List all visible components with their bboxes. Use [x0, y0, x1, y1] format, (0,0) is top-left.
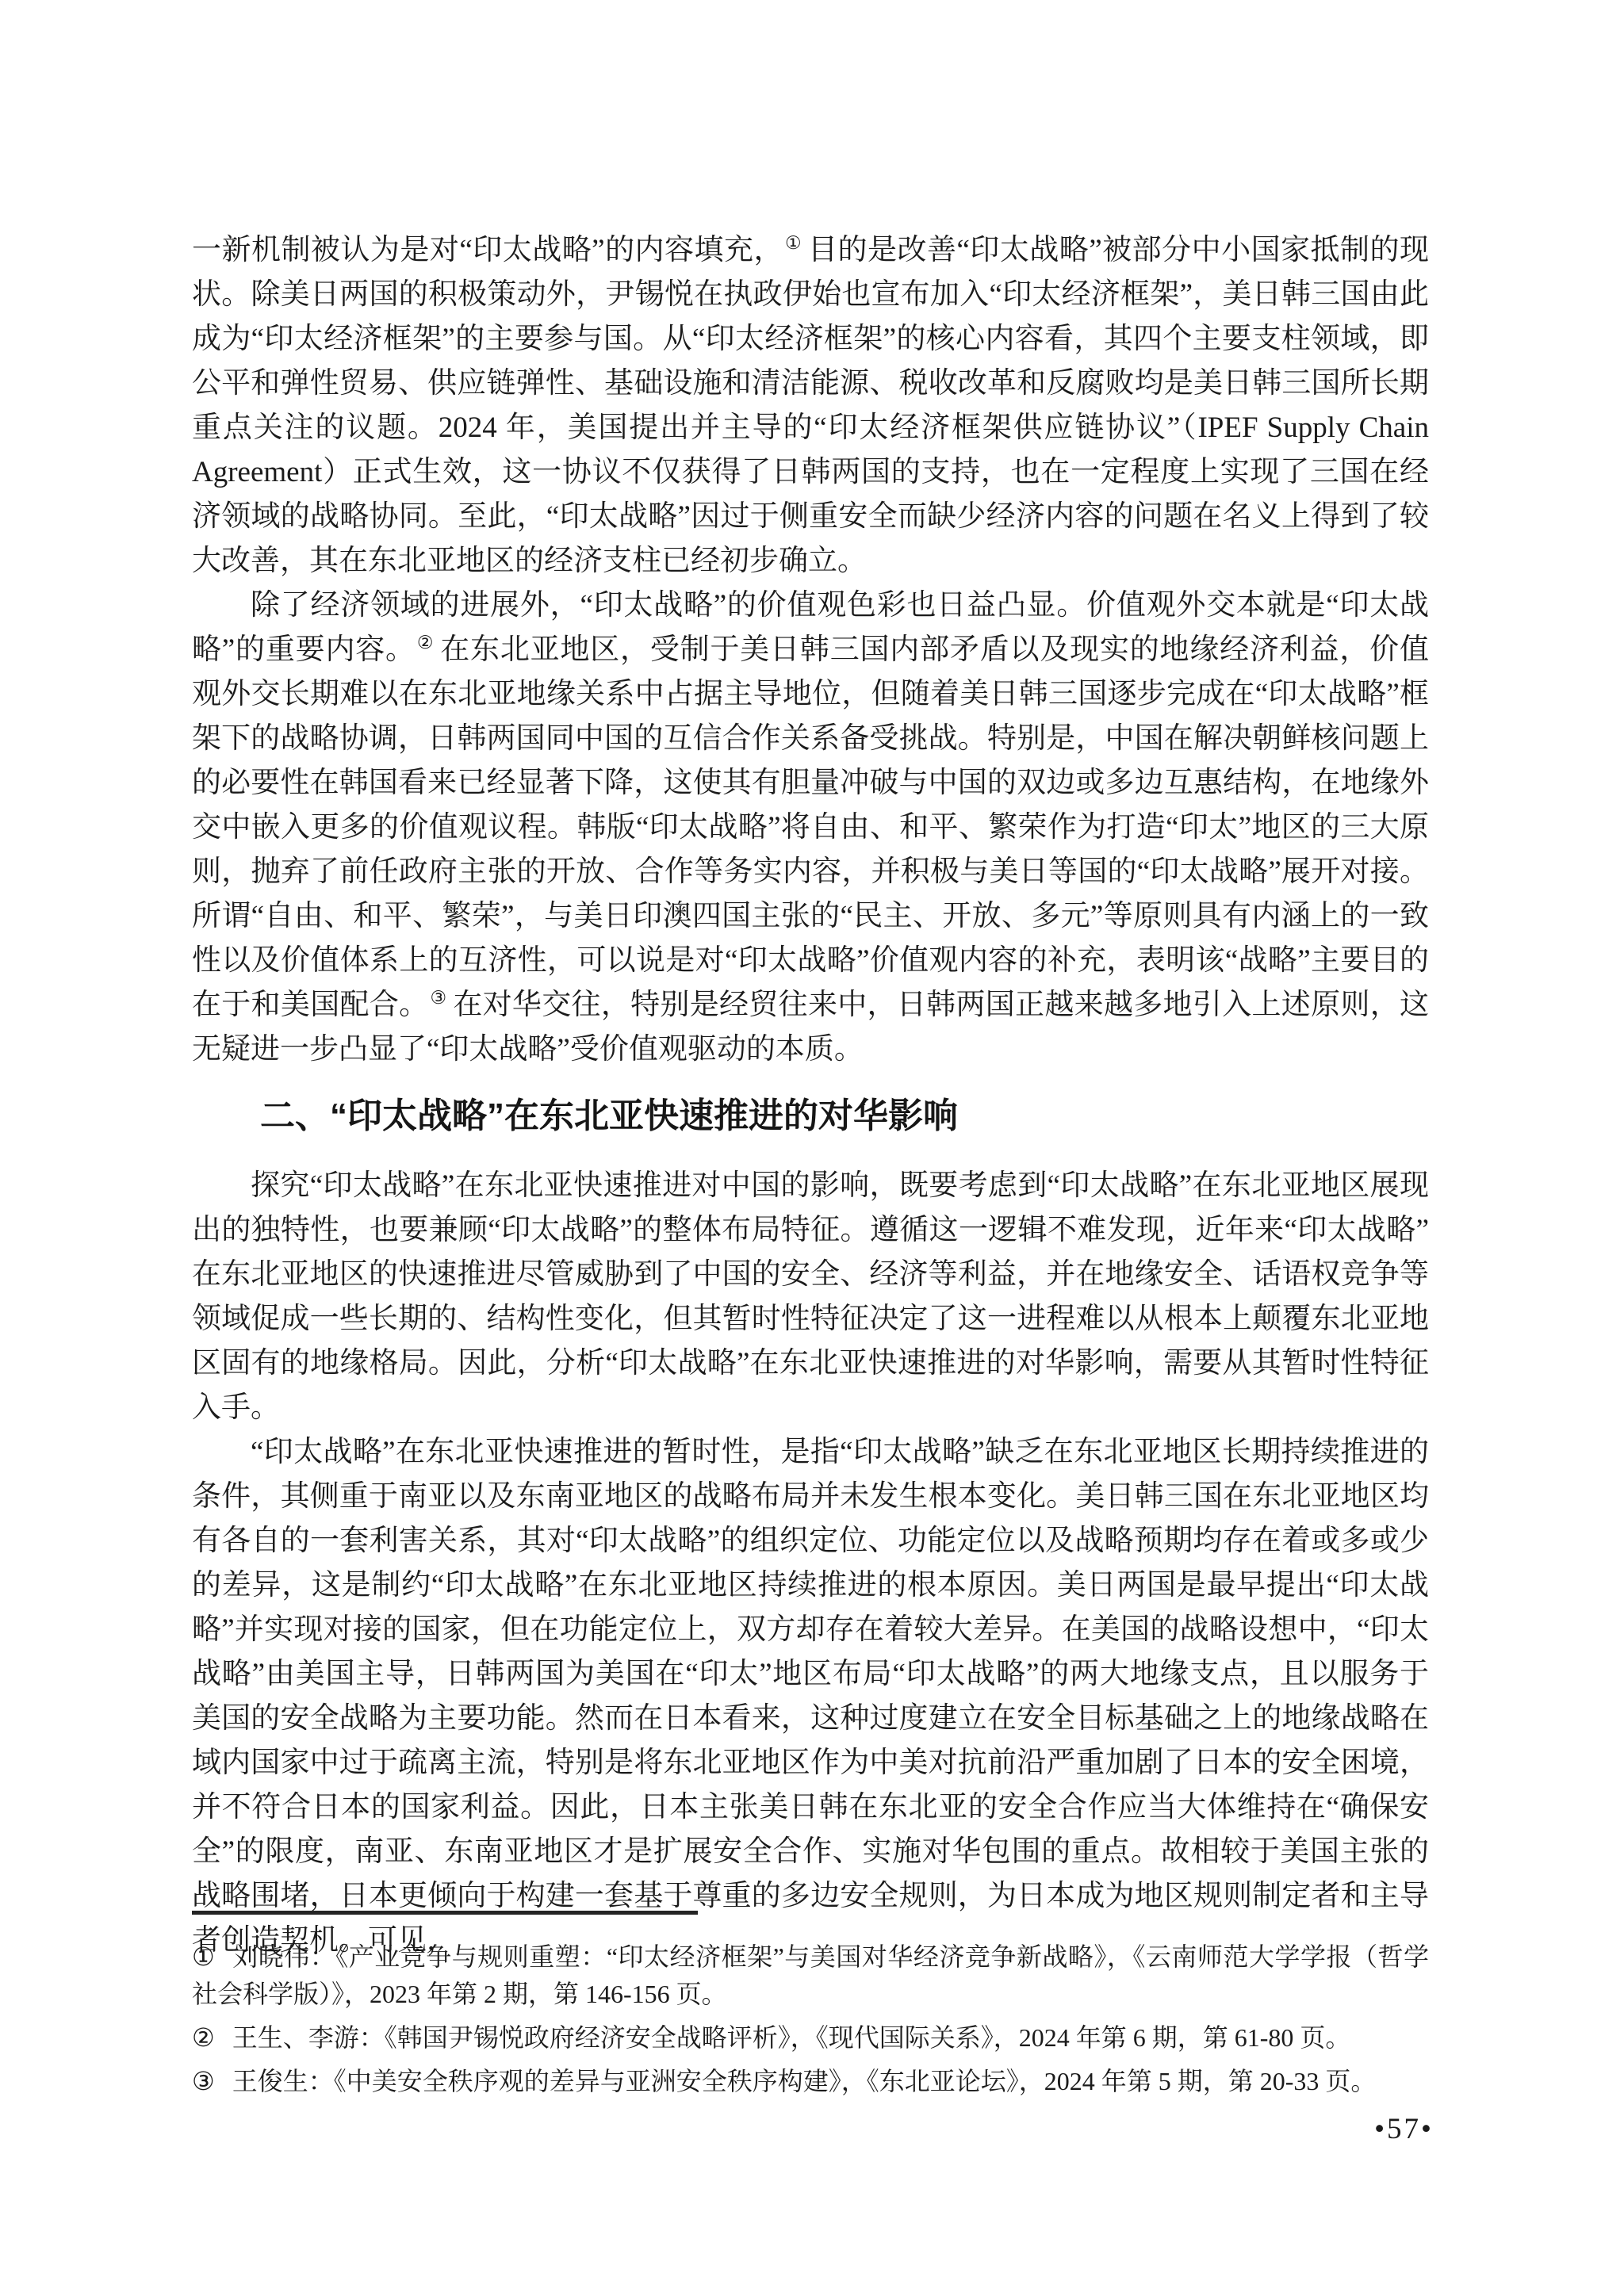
body-paragraph: “印太战略”在东北亚快速推进的暂时性，是指“印太战略”缺乏在东北亚地区长期持续推… [192, 1430, 1429, 1963]
footnote-ref: ① [785, 233, 802, 253]
body-paragraph: 除了经济领域的进展外，“印太战略”的价值观色彩也日益凸显。价值观外交本就是“印太… [192, 584, 1429, 1072]
section-heading: 二、“印太战略”在东北亚快速推进的对华影响 [260, 1093, 1429, 1140]
article-body: 一新机制被认为是对“印太战略”的内容填充，①目的是改善“印太战略”被部分中小国家… [192, 228, 1429, 1963]
journal-page: 一新机制被认为是对“印太战略”的内容填充，①目的是改善“印太战略”被部分中小国家… [0, 0, 1624, 2296]
body-paragraph: 探究“印太战略”在东北亚快速推进对中国的影响，既要考虑到“印太战略”在东北亚地区… [192, 1164, 1429, 1430]
footnote-marker: ① [192, 1942, 215, 1971]
footnote-ref: ③ [430, 988, 446, 1008]
body-paragraph: 一新机制被认为是对“印太战略”的内容填充，①目的是改善“印太战略”被部分中小国家… [192, 228, 1429, 584]
footnote-item: ①刘晓伟：《产业竞争与规则重塑：“印太经济框架”与美国对华经济竞争新战略》，《云… [192, 1938, 1429, 2013]
footnotes-section: ①刘晓伟：《产业竞争与规则重塑：“印太经济框架”与美国对华经济竞争新战略》，《云… [192, 1911, 1429, 2107]
footnote-item: ③王俊生：《中美安全秩序观的差异与亚洲安全秩序构建》，《东北亚论坛》，2024 … [192, 2063, 1429, 2100]
footnote-separator [192, 1911, 698, 1915]
footnote-item: ②王生、李游：《韩国尹锡悦政府经济安全战略评析》，《现代国际关系》，2024 年… [192, 2019, 1429, 2057]
footnote-list: ①刘晓伟：《产业竞争与规则重塑：“印太经济框架”与美国对华经济竞争新战略》，《云… [192, 1938, 1429, 2100]
footnote-ref: ② [417, 633, 434, 652]
footnote-marker: ③ [192, 2067, 215, 2095]
footnote-marker: ② [192, 2023, 215, 2052]
page-number: •57• [1374, 2112, 1434, 2146]
